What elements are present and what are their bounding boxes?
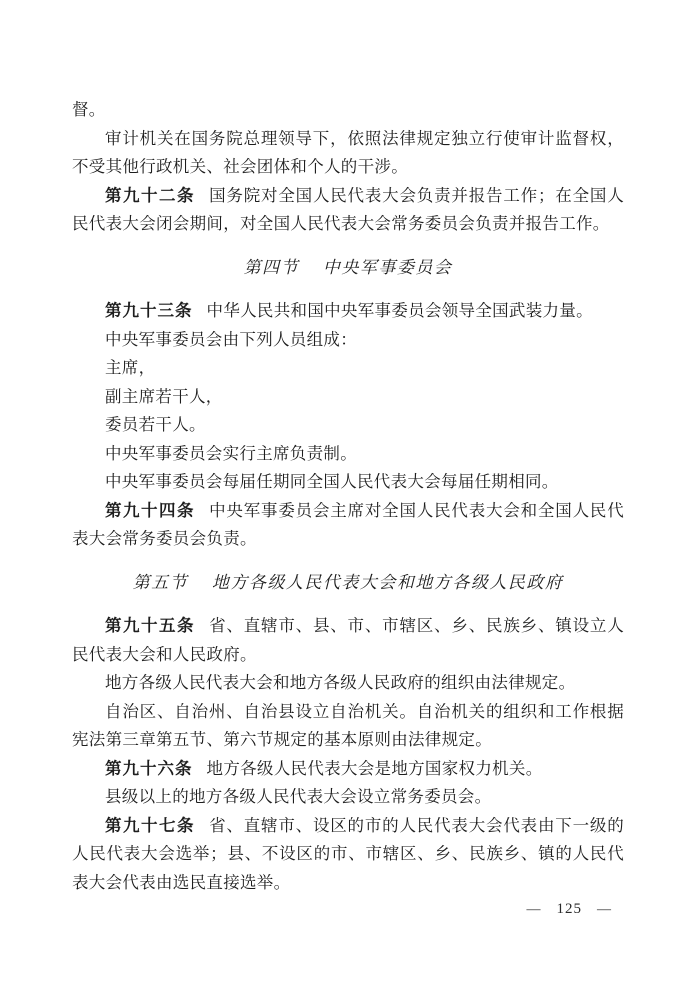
paragraph: 县级以上的地方各级人民代表大会设立常务委员会。: [72, 783, 624, 812]
paragraph-text: 副主席若干人，: [105, 387, 223, 406]
paragraph: 审计机关在国务院总理领导下，依照法律规定独立行使审计监督权，不受其他行政机关、社…: [72, 125, 624, 182]
article-number: 第九十二条: [105, 187, 195, 205]
paragraph-text: 地方各级人民代表大会和地方各级人民政府的组织由法律规定。: [105, 673, 575, 692]
section-heading: 第四节中央军事委员会: [72, 254, 624, 283]
paragraph: 中央军事委员会实行主席负责制。: [72, 440, 624, 469]
article-number: 第九十六条: [105, 760, 193, 778]
page-number: 125: [557, 901, 583, 918]
scanned-document-page: 督。审计机关在国务院总理领导下，依照法律规定独立行使审计监督权，不受其他行政机关…: [0, 0, 699, 983]
section-title: 地方各级人民代表大会和地方各级人民政府: [212, 573, 564, 592]
paragraph: 副主席若干人，: [72, 383, 624, 412]
article-number: 第九十五条: [105, 617, 195, 635]
paragraph-text: 自治区、自治州、自治县设立自治机关。自治机关的组织和工作根据宪法第三章第五节、第…: [72, 702, 624, 750]
paragraph-text: 督。: [72, 100, 106, 119]
paragraph-text: 主席，: [105, 358, 155, 377]
paragraph: 自治区、自治州、自治县设立自治机关。自治机关的组织和工作根据宪法第三章第五节、第…: [72, 698, 624, 755]
paragraph-text: 地方各级人民代表大会是地方国家权力机关。: [207, 759, 543, 778]
paragraph: 中央军事委员会每届任期同全国人民代表大会每届任期相同。: [72, 468, 624, 497]
continuation-paragraph: 督。: [72, 96, 624, 125]
section-number: 第五节: [133, 573, 189, 592]
article-paragraph: 第九十七条省、直辖市、设区的市的人民代表大会代表由下一级的人民代表大会选举；县、…: [72, 812, 624, 898]
page-footer: — 125 —: [527, 901, 613, 918]
article-paragraph: 第九十三条中华人民共和国中央军事委员会领导全国武装力量。: [72, 297, 624, 326]
paragraph-text: 委员若干人。: [105, 415, 206, 434]
footer-dash-right: —: [597, 902, 612, 918]
paragraph-text: 中华人民共和国中央军事委员会领导全国武装力量。: [207, 301, 593, 320]
document-body: 督。审计机关在国务院总理领导下，依照法律规定独立行使审计监督权，不受其他行政机关…: [72, 96, 624, 897]
article-paragraph: 第九十四条中央军事委员会主席对全国人民代表大会和全国人民代表大会常务委员会负责。: [72, 497, 624, 554]
paragraph: 地方各级人民代表大会和地方各级人民政府的组织由法律规定。: [72, 669, 624, 698]
paragraph-text: 中央军事委员会实行主席负责制。: [105, 444, 357, 463]
article-number: 第九十七条: [105, 817, 195, 835]
section-number: 第四节: [244, 258, 300, 277]
paragraph-text: 审计机关在国务院总理领导下，依照法律规定独立行使审计监督权，不受其他行政机关、社…: [72, 129, 624, 177]
paragraph-text: 县级以上的地方各级人民代表大会设立常务委员会。: [105, 787, 491, 806]
paragraph: 主席，: [72, 354, 624, 383]
paragraph: 委员若干人。: [72, 411, 624, 440]
paragraph: 中央军事委员会由下列人员组成：: [72, 326, 624, 355]
section-heading: 第五节地方各级人民代表大会和地方各级人民政府: [72, 569, 624, 598]
paragraph-text: 中央军事委员会由下列人员组成：: [105, 330, 357, 349]
article-number: 第九十四条: [105, 502, 195, 520]
article-paragraph: 第九十六条地方各级人民代表大会是地方国家权力机关。: [72, 755, 624, 784]
article-number: 第九十三条: [105, 302, 193, 320]
footer-dash-left: —: [527, 902, 542, 918]
paragraph-text: 中央军事委员会每届任期同全国人民代表大会每届任期相同。: [105, 472, 559, 491]
article-paragraph: 第九十二条国务院对全国人民代表大会负责并报告工作；在全国人民代表大会闭会期间，对…: [72, 182, 624, 239]
section-title: 中央军事委员会: [323, 258, 453, 277]
article-paragraph: 第九十五条省、直辖市、县、市、市辖区、乡、民族乡、镇设立人民代表大会和人民政府。: [72, 612, 624, 669]
